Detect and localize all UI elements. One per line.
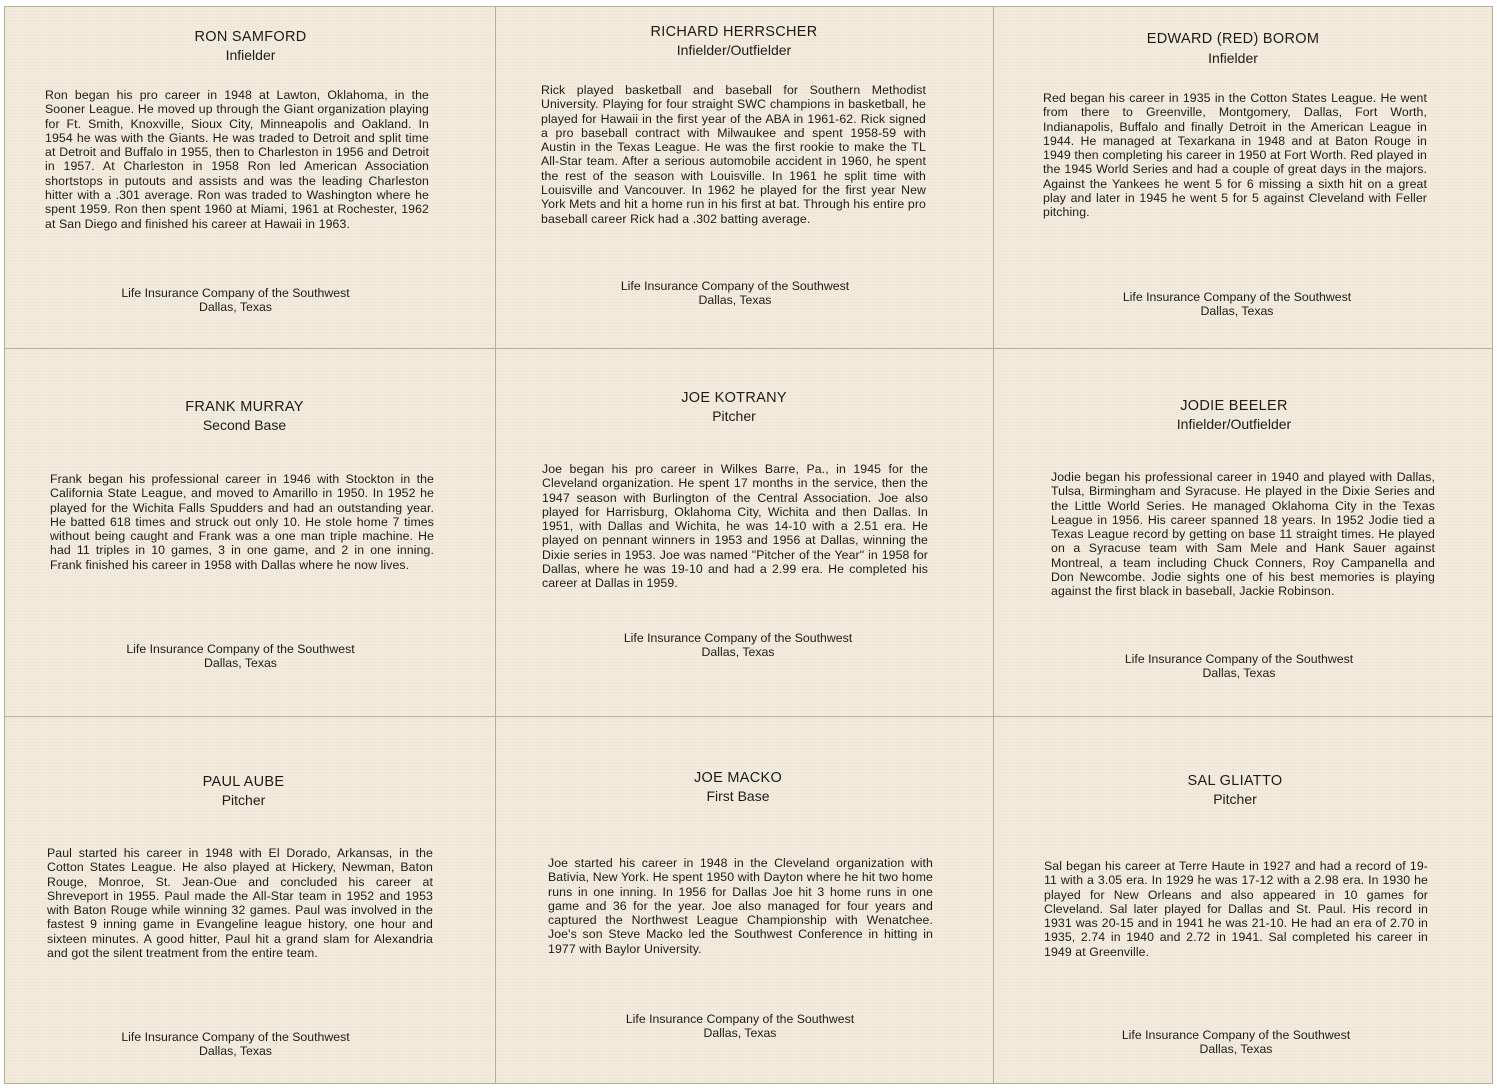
player-card-sal-gliatto: SAL GLIATTO Pitcher Sal began his career… <box>993 716 1493 1084</box>
sponsor-location: Dallas, Texas <box>0 656 496 671</box>
player-card-edward-red-borom: EDWARD (RED) BOROM Infielder Red began h… <box>993 6 1493 350</box>
player-bio: Joe began his pro career in Wilkes Barre… <box>542 462 928 591</box>
player-card-joe-macko: JOE MACKO First Base Joe started his car… <box>495 716 995 1084</box>
player-bio: Red began his career in 1935 in the Cott… <box>1043 91 1427 220</box>
player-bio: Sal began his career at Terre Haute in 1… <box>1044 859 1428 959</box>
player-name: RON SAMFORD <box>5 29 496 46</box>
player-name: EDWARD (RED) BOROM <box>974 31 1492 48</box>
sponsor-name: Life Insurance Company of the Southwest <box>986 652 1492 667</box>
player-card-paul-aube: PAUL AUBE Pitcher Paul started his caree… <box>4 716 497 1084</box>
sponsor-name: Life Insurance Company of the Southwest <box>482 631 994 646</box>
player-card-frank-murray: FRANK MURRAY Second Base Frank began his… <box>4 348 497 718</box>
player-name: JOE MACKO <box>482 770 994 787</box>
sponsor-location: Dallas, Texas <box>486 1026 994 1041</box>
player-position: Infielder/Outfielder <box>976 416 1492 433</box>
player-bio: Paul started his career in 1948 with El … <box>47 846 433 960</box>
sponsor-location: Dallas, Texas <box>0 300 496 315</box>
sponsor-name: Life Insurance Company of the Southwest <box>0 1030 496 1045</box>
player-bio: Ron began his pro career in 1948 at Lawt… <box>45 88 429 231</box>
player-name: RICHARD HERRSCHER <box>474 24 994 41</box>
card-sheet: RON SAMFORD Infielder Ron began his pro … <box>4 6 1493 1084</box>
player-card-jodie-beeler: JODIE BEELER Infielder/Outfielder Jodie … <box>993 348 1493 718</box>
sponsor-location: Dallas, Texas <box>986 666 1492 681</box>
player-bio: Joe started his career in 1948 in the Cl… <box>548 856 933 956</box>
sponsor-location: Dallas, Texas <box>982 304 1492 319</box>
player-position: Infielder/Outfielder <box>474 42 994 59</box>
player-name: JODIE BEELER <box>976 398 1492 415</box>
player-bio: Jodie began his professional career in 1… <box>1051 470 1435 599</box>
sponsor-location: Dallas, Texas <box>0 1044 496 1059</box>
sponsor-name: Life Insurance Company of the Southwest <box>982 290 1492 305</box>
sponsor-name: Life Insurance Company of the Southwest <box>0 642 496 657</box>
sponsor-location: Dallas, Texas <box>476 293 994 308</box>
sponsor-name: Life Insurance Company of the Southwest <box>980 1028 1492 1043</box>
player-position: Infielder <box>974 50 1492 67</box>
sponsor-name: Life Insurance Company of the Southwest <box>476 279 994 294</box>
player-position: First Base <box>482 788 994 805</box>
player-bio: Rick played basketball and baseball for … <box>541 83 926 226</box>
player-name: JOE KOTRANY <box>474 390 994 407</box>
player-position: Pitcher <box>0 792 496 809</box>
player-card-ron-samford: RON SAMFORD Infielder Ron began his pro … <box>4 6 497 350</box>
sponsor-name: Life Insurance Company of the Southwest <box>486 1012 994 1027</box>
sponsor-name: Life Insurance Company of the Southwest <box>0 286 496 301</box>
player-position: Infielder <box>5 47 496 64</box>
player-position: Pitcher <box>474 408 994 425</box>
player-position: Pitcher <box>978 791 1492 808</box>
player-card-richard-herrscher: RICHARD HERRSCHER Infielder/Outfielder R… <box>495 6 995 350</box>
sponsor-location: Dallas, Texas <box>482 645 994 660</box>
player-name: PAUL AUBE <box>0 774 496 791</box>
player-name: FRANK MURRAY <box>0 399 496 416</box>
player-position: Second Base <box>0 417 496 434</box>
sponsor-location: Dallas, Texas <box>980 1042 1492 1057</box>
player-card-joe-kotrany: JOE KOTRANY Pitcher Joe began his pro ca… <box>495 348 995 718</box>
player-name: SAL GLIATTO <box>978 773 1492 790</box>
player-bio: Frank began his professional career in 1… <box>50 472 434 572</box>
